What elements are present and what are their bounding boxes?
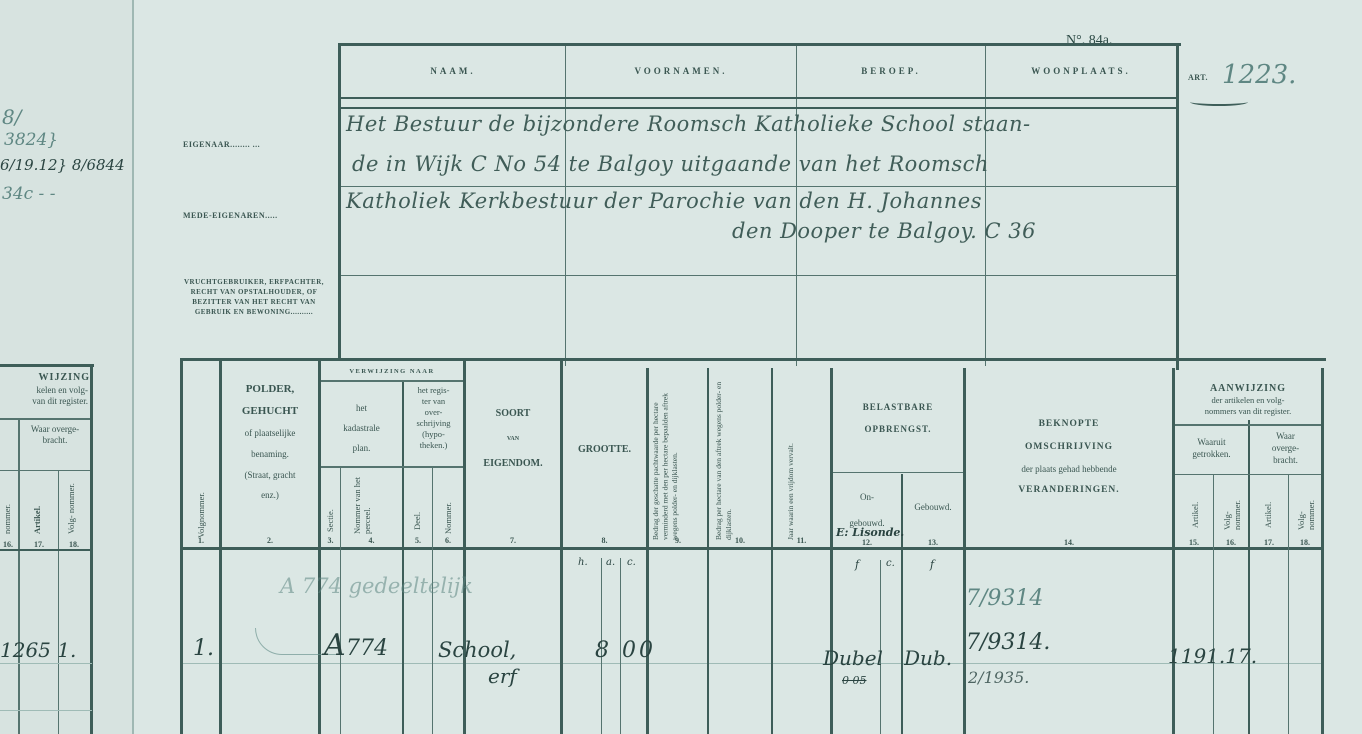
left-page-fragment: 8/ 3824} 6/19.12} 8/6844 34c - - WIJZING… — [0, 0, 134, 734]
owner-handwriting-line-3: Katholiek Kerkbestuur der Parochie van d… — [346, 189, 982, 213]
header-volgnommer-16: Volg- nommer. — [1222, 482, 1242, 530]
form-number: N°. 84a. — [1066, 33, 1112, 49]
header-register-line: ter van — [404, 396, 463, 407]
col-number: 18. — [60, 540, 88, 549]
col-number: 16. — [0, 540, 16, 549]
header-volgnommer-18: Volg- nommer. — [1296, 482, 1316, 530]
header-kadastrale: het kadastrale plan. — [321, 398, 402, 458]
header-register-line: schrijving — [404, 418, 463, 429]
col-label: Artikel. — [32, 478, 42, 534]
header-waar: Waar overge- bracht. — [1250, 430, 1321, 466]
header-belastbare: BELASTBARE OPBRENGST. — [833, 396, 963, 440]
header-aanwijzing: AANWIJZING der artikelen en volg- nommer… — [1175, 382, 1321, 417]
col-num: 13. — [903, 538, 963, 547]
header-polder-line: POLDER, — [222, 378, 318, 400]
header-soort-line: VAN — [466, 424, 560, 454]
row-volgnommer: 1. — [193, 636, 214, 661]
row-soort: School, — [438, 638, 516, 662]
header-beknopte-line: BEKNOPTE — [966, 412, 1172, 436]
owner-handwriting-line-1: Het Bestuur de bijzondere Roomsch Kathol… — [346, 112, 1031, 136]
column-voornamen: VOORNAMEN. — [566, 66, 796, 76]
header-kadastrale-line: plan. — [321, 438, 402, 458]
header-waaruit-line: getrokken. — [1175, 448, 1248, 460]
col-num: 3. — [321, 536, 340, 545]
col-num: 18. — [1289, 538, 1321, 547]
header-kadastrale-line: kadastrale — [321, 418, 402, 438]
col-num: 8. — [563, 536, 646, 545]
header-artikel-15: Artikel. — [1190, 484, 1200, 528]
waar-overgebracht-label: Waar overge- bracht. — [22, 424, 88, 446]
header-beknopte-line: VERANDERINGEN. — [966, 480, 1172, 500]
header-register-overschrijving: het regis- ter van over- schrijving (hyp… — [404, 385, 463, 451]
row-pencil-note: A 774 gedeeltelijk — [280, 574, 473, 598]
label-eigenaar: EIGENAAR........ ... — [183, 140, 260, 149]
header-verwijzing: VERWIJZING NAAR — [321, 368, 463, 375]
header-artikel-17: Artikel. — [1263, 484, 1273, 528]
underline-flourish — [1190, 98, 1248, 106]
col-num: 10. — [709, 536, 771, 545]
header-beknopte: BEKNOPTE OMSCHRIJVING der plaats gehad h… — [966, 412, 1172, 500]
column-beroep: BEROEP. — [797, 66, 985, 76]
unit-cent: c. — [886, 558, 895, 569]
header-waar-line: overge- — [1250, 442, 1321, 454]
header-waar-line: bracht. — [1250, 454, 1321, 466]
header-aanwijzing-line: der artikelen en volg- — [1175, 395, 1321, 406]
header-waaruit-line: Waaruit — [1175, 436, 1248, 448]
header-polder-line: (Straat, gracht — [222, 464, 318, 486]
column-woonplaats: WOONPLAATS. — [986, 66, 1176, 76]
col-num: 9. — [649, 536, 707, 545]
margin-note: 8/ — [2, 105, 21, 129]
aanwijzing-fragment-line: van dit register. — [0, 396, 88, 406]
header-col9: Bedrag der geschatte pachtwaarde per hec… — [651, 372, 705, 540]
col-label: nommer. — [2, 478, 12, 534]
header-polder-line: GEHUCHT — [222, 400, 318, 422]
col-num: 14. — [966, 538, 1172, 547]
header-aanwijzing-line: nommers van dit register. — [1175, 406, 1321, 417]
header-polder-line: enz.) — [222, 486, 318, 504]
header-soort-line: SOORT — [466, 404, 560, 424]
col-num: 1. — [183, 536, 219, 545]
header-nommer-perceel: Nommer van het perceel. — [352, 474, 386, 534]
aanwijzing-fragment-line: kelen en volg- — [0, 385, 88, 395]
row-soort-2: erf — [488, 664, 517, 688]
col-num: 2. — [222, 536, 318, 545]
header-register-line: theken.) — [404, 440, 463, 451]
header-gebouwd: Gebouwd. — [903, 500, 963, 514]
header-waaruit: Waaruit getrokken. — [1175, 436, 1248, 460]
unit-hectare: h. — [578, 557, 588, 568]
header-register-line: (hypo- — [404, 429, 463, 440]
unit-are: a. — [606, 557, 615, 568]
header-ongebouwd-line: On- — [833, 484, 901, 510]
row-veranderingen-1: 7/9314. — [966, 630, 1050, 655]
row-perceel: 774 — [346, 636, 388, 661]
col-num: 11. — [773, 536, 830, 545]
header-grootte: GROOTTE. — [563, 444, 646, 455]
header-soort: SOORT VAN EIGENDOM. — [466, 404, 560, 474]
col-num: 17. — [1250, 538, 1288, 547]
header-register-line: het regis- — [404, 385, 463, 396]
header-polder-line: benaming. — [222, 444, 318, 464]
aanwijzing-fragment: WIJZING — [0, 372, 90, 383]
header-waar-line: Waar — [1250, 430, 1321, 442]
margin-note: 6/19.12} 8/6844 — [0, 156, 125, 174]
label-vruchtgebruiker: VRUCHTGEBRUIKER, ERFPACHTER, RECHT VAN O… — [180, 277, 328, 317]
col-num: 16. — [1214, 538, 1248, 547]
row-veranderingen-2: 2/1935. — [968, 668, 1029, 687]
header-aanwijzing-line: AANWIJZING — [1175, 382, 1321, 395]
unit-centiare: c. — [627, 557, 636, 568]
header-col11: Jaar waarin een vrijdom vervalt. — [786, 372, 818, 540]
margin-note: 3824} — [4, 130, 58, 150]
col-num: 7. — [466, 536, 560, 545]
column-naam: NAAM. — [341, 66, 565, 76]
row-artikel-15: 1191.17. — [1168, 644, 1257, 668]
header-beknopte-line: der plaats gehad hebbende — [966, 458, 1172, 480]
row-grootte: 8 00 — [595, 638, 656, 663]
header-polder-line: of plaatselijke — [222, 422, 318, 444]
article-label: ART. — [1188, 73, 1208, 82]
header-beknopte-line: OMSCHRIJVING — [966, 436, 1172, 458]
row-ongebouwd-struck: 0 05 — [842, 674, 867, 687]
header-col10: Bedrag per hectare van den aftrek wegens… — [714, 372, 766, 540]
header-deel: Deel. — [412, 494, 422, 530]
unit-florin-gebouwd: f — [930, 558, 934, 571]
header-polder: POLDER, GEHUCHT of plaatselijke benaming… — [222, 378, 318, 504]
margin-note: 34c - - — [2, 184, 55, 204]
unit-florin: f — [855, 558, 859, 571]
header-nommer: Nommer. — [443, 478, 453, 534]
header-volgnommer: Volgnommer. — [196, 470, 206, 538]
header-belastbare-line: OPBRENGST. — [833, 418, 963, 440]
row-sectie: A — [324, 628, 346, 663]
owner-handwriting-line-4: den Dooper te Balgoy. C 36 — [732, 219, 1036, 243]
col-num: 12. — [833, 538, 901, 547]
row-gebouwd: Dub. — [904, 646, 952, 670]
col-num: 5. — [404, 536, 432, 545]
header-belastbare-line: BELASTBARE — [833, 396, 963, 418]
header-register-line: over- — [404, 407, 463, 418]
header-kadastrale-line: het — [321, 398, 402, 418]
row-ongebouwd: Dubel — [823, 646, 883, 670]
label-mede-eigenaren: MEDE-EIGENAREN..... — [183, 211, 278, 220]
col-label: Volg- nommer. — [66, 478, 76, 534]
header-sectie: Sectie. — [325, 492, 335, 532]
col-num: 6. — [433, 536, 463, 545]
col-num: 15. — [1175, 538, 1213, 547]
article-value: 1223. — [1222, 60, 1296, 90]
col-number: 17. — [22, 540, 56, 549]
header-soort-line: EIGENDOM. — [466, 454, 560, 474]
row-veranderingen-pencil: 7/9314 — [966, 586, 1043, 611]
col-num: 4. — [341, 536, 402, 545]
left-row-entry: 1265 1. — [0, 638, 76, 662]
owner-handwriting-line-2: de in Wijk C No 54 te Balgoy uitgaande v… — [352, 152, 989, 176]
